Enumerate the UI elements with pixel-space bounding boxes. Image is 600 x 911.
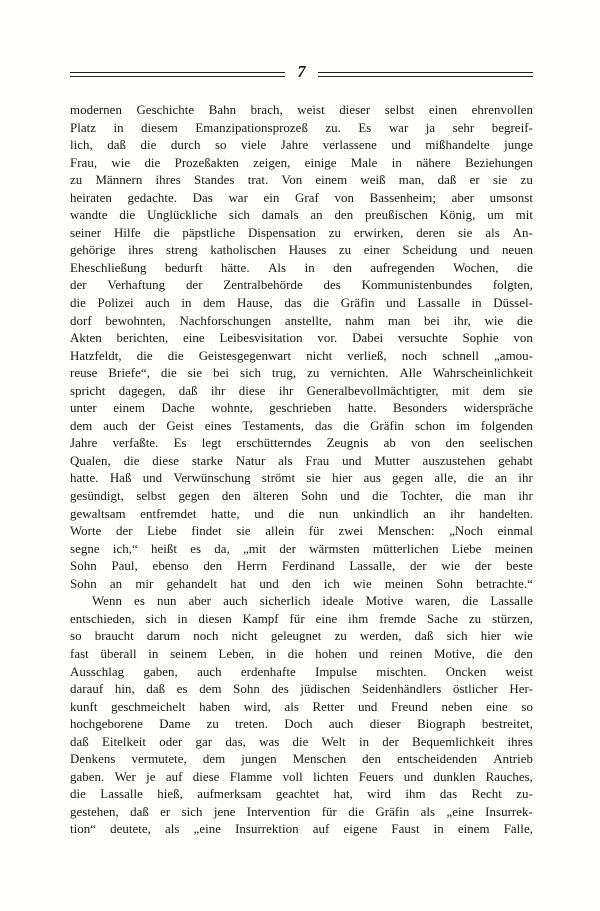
text-line: tion“deutete,als„eineInsurrektionaufeige… [70,821,533,839]
text-line: PlatzindiesemEmanzipationsprozeßzu.Eswar… [70,120,533,138]
text-line: derVerhaftungderZentralbehördedesKommuni… [70,277,533,295]
text-line: heiratengedachte.DaswareinGrafvonBassenh… [70,190,533,208]
text-line: segneich,“heißtesda,„mitderwärmstenmütte… [70,541,533,559]
text-line: WortederLiebefindetsiealleinfürzweiMensc… [70,523,533,541]
text-line: sobrauchtdarumnochnichtgeleugnetzuwerden… [70,628,533,646]
page-number: 7 [294,64,308,84]
text-line: demauchderGeisteinesTestaments,dasdieGrä… [70,418,533,436]
text-line: gehörigeihresstrengkatholischenHauseszue… [70,242,533,260]
text-line: daßEitelkeitodergardas,wasdieWeltinderBe… [70,734,533,752]
text-line: Hatzfeldt,diedieGeistesgegenwartnichtver… [70,348,533,366]
paragraph: WennesnunaberauchsicherlichidealeMotivew… [70,593,533,839]
text-line: Eheschließungbedurfthätte.Alsindenaufreg… [70,260,533,278]
text-line: Denkensvermutete,demjungenMenschendenent… [70,751,533,769]
text-line: dorfbewohnten,Nachforschungenanstellte,n… [70,313,533,331]
text-line: reuseBriefe“,diesiebeisichtrug,zuvernich… [70,365,533,383]
text-line: SohnanmirgehandelthatunddenichwiemeinenS… [70,576,533,594]
text-line: Frau,wiedieProzeßaktenzeigen,einigeMalei… [70,155,533,173]
text-line: lich,daßdiedurchsovieleJahreverlasseneun… [70,137,533,155]
page-header: 7 [70,64,533,84]
text-line: daraufhin,daßesdemSohndesjüdischenSeiden… [70,681,533,699]
text-line: hatte.HaßundVerwünschungströmtsiehieraus… [70,470,533,488]
text-line: diePolizeiauchindemHause,dasdieGräfinund… [70,295,533,313]
text-block: modernenGeschichteBahnbrach,weistdiesers… [70,102,533,839]
book-page: 7 modernenGeschichteBahnbrach,weistdiese… [0,0,600,911]
text-line: kunftgeschmeichelthabenwird,alsRetterund… [70,699,533,717]
text-line: zuMännernihresStandestrat.Voneinemweißma… [70,172,533,190]
paragraph: modernenGeschichteBahnbrach,weistdiesers… [70,102,533,593]
text-line: seinerHilfediepäpstlicheDispensationzuer… [70,225,533,243]
text-line: hochgeboreneDamezutreten.DochauchdieserB… [70,716,533,734]
text-line: gewaltsamentfremdethatte,unddienununkind… [70,506,533,524]
text-line: gesündigt,selbstgegendenälterenSohnunddi… [70,488,533,506]
text-line: WennesnunaberauchsicherlichidealeMotivew… [92,593,533,611]
text-line: sprichtdagegen,daßihrdieseihrGeneralbevo… [70,383,533,401]
text-line: wandtedieUnglücklichesichdamalsandenpreu… [70,207,533,225]
text-line: Jahreverfaßte.EslegterschütterndesZeugni… [70,435,533,453]
page-content: 7 modernenGeschichteBahnbrach,weistdiese… [70,64,533,839]
text-line: Ausschlaggaben,aucherdenhafteImpulsemisc… [70,664,533,682]
text-line: gestehen,daßersichjeneInterventionfürdie… [70,804,533,822]
text-line: fastüberallinseinemLeben,indiehohenundre… [70,646,533,664]
text-line: untereinemDachewohnte,geschriebenhatte.B… [70,400,533,418]
header-rule-left [70,72,285,77]
text-line: Aktenberichten,eineLeibesvisitationvor.D… [70,330,533,348]
text-line: dieLassallehieß,aufmerksamgeachtethat,wi… [70,786,533,804]
text-line: gaben.WerjeaufdieseFlammevolllichtenFeue… [70,769,533,787]
header-rule-right [318,72,533,77]
text-line: modernenGeschichteBahnbrach,weistdiesers… [70,102,533,120]
text-line: Qualen,diediesestarkeNaturalsFrauundMutt… [70,453,533,471]
text-line: SohnPaul,ebensodenHerrnFerdinandLassalle… [70,558,533,576]
text-line: entschieden,sichindiesenKampffüreineihmf… [70,611,533,629]
